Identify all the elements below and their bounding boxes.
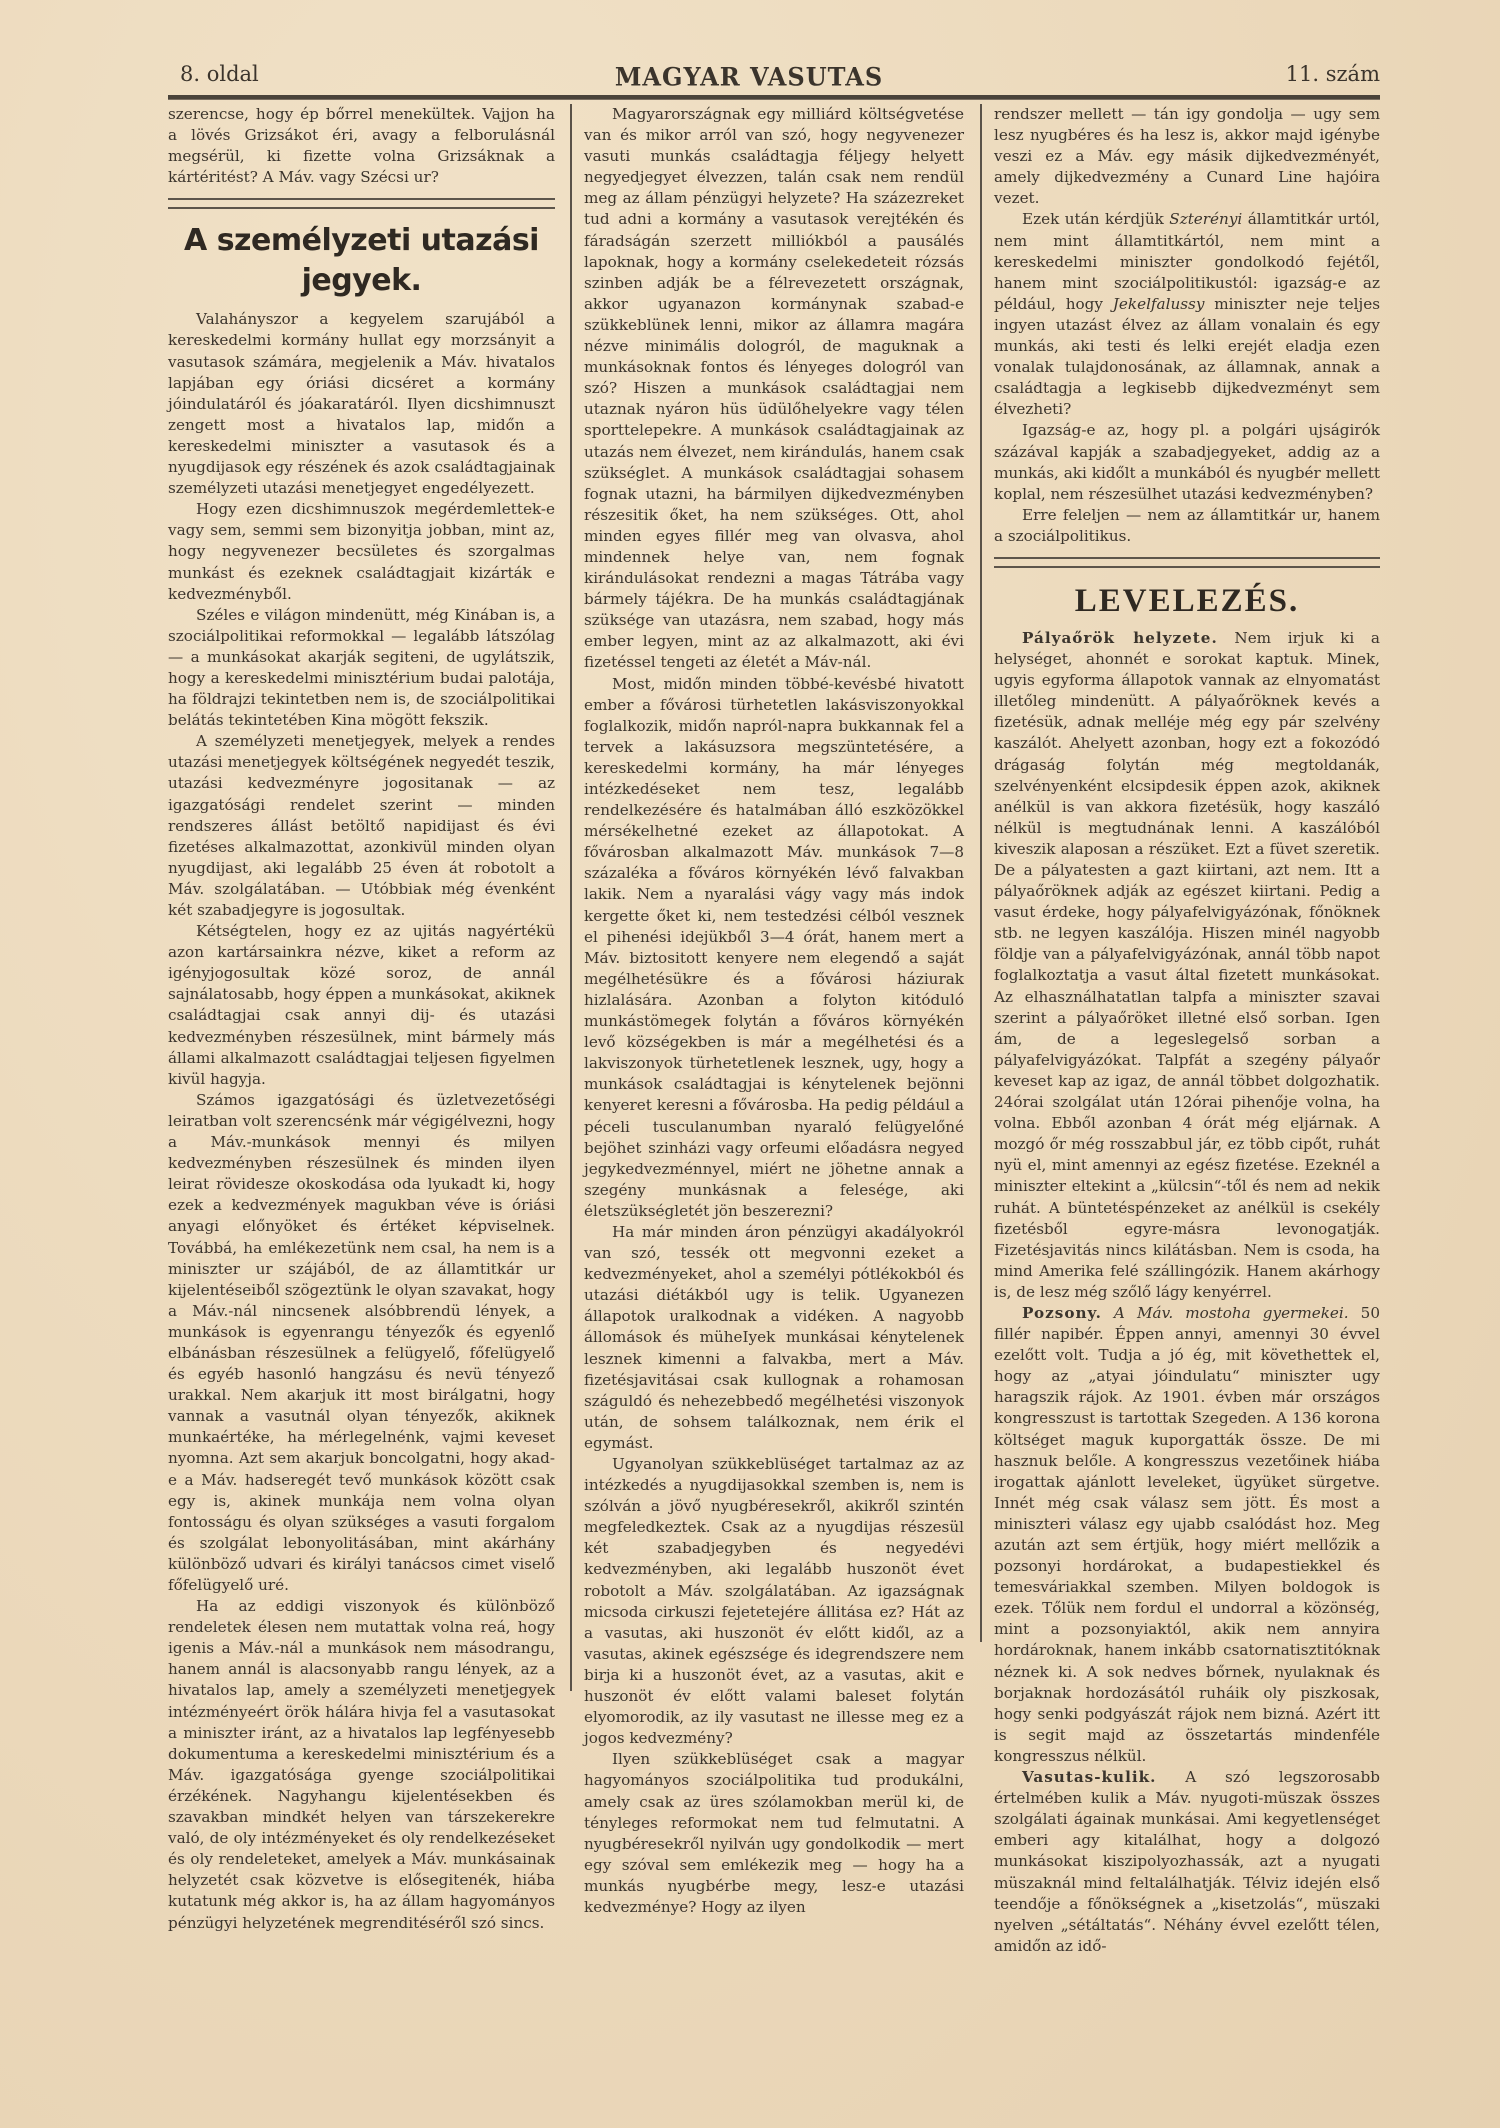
section-divider [168, 198, 555, 209]
paragraph: Erre feleljen — nem az államtitkár ur, h… [994, 505, 1380, 547]
newspaper-page: 8. oldal MAGYAR VASUTAS 11. szám szerenc… [118, 62, 1380, 92]
section-divider [994, 557, 1380, 568]
paragraph: Ezek után kérdjük Szterényi államtitkár … [994, 209, 1380, 420]
paragraph: Ilyen szükkeblüséget csak a magyar hagyo… [584, 1749, 964, 1918]
paragraph: Kétségtelen, hogy ez az ujitás nagyérték… [168, 921, 555, 1090]
person-name: Szterényi [1169, 210, 1242, 228]
article-headline: A személyzeti utazási jegyek. [168, 221, 555, 301]
paragraph: Most, midőn minden többé-kevésbé hivatot… [584, 674, 964, 1222]
issue-number: 11. szám [1286, 62, 1380, 86]
paragraph: Igazság-e az, hogy pl. a polgári ujságir… [994, 420, 1380, 504]
paragraph: Valahányszor a kegyelem szarujából a ker… [168, 309, 555, 499]
column-1: szerencse, hogy ép bőrrel menekültek. Va… [168, 104, 555, 1934]
paragraph: Ha az eddigi viszonyok és különböző rend… [168, 1596, 555, 1934]
paragraph: A személyzeti menetjegyek, melyek a rend… [168, 731, 555, 921]
lead-paragraph: rendszer mellett — tán igy gondolja — ug… [994, 104, 1380, 209]
column-divider [980, 104, 982, 1642]
person-name: Jekelfalussy [1113, 295, 1205, 313]
paragraph: Széles e világon mindenütt, még Kinában … [168, 605, 555, 732]
publication-title: MAGYAR VASUTAS [118, 61, 1380, 91]
paragraph: Ugyanolyan szükkeblüséget tartalmaz az a… [584, 1454, 964, 1749]
paragraph: Számos igazgatósági és üzletvezetőségi l… [168, 1090, 555, 1596]
column-3: rendszer mellett — tán igy gondolja — ug… [994, 104, 1380, 1957]
letter-title: Pályaőrök helyzete. [1022, 629, 1218, 647]
column-2: Magyarországnak egy milliárd költségveté… [584, 104, 964, 1918]
page-header: 8. oldal MAGYAR VASUTAS 11. szám [118, 62, 1380, 92]
letter-title: Pozsony. [1022, 1304, 1102, 1322]
paragraph: Magyarországnak egy milliárd költségveté… [584, 104, 964, 674]
paragraph: Hogy ezen dicshimnuszok megérdemlettek-e… [168, 499, 555, 604]
header-rule [168, 95, 1380, 100]
paragraph: Ha már minden áron pénzügyi akadályokról… [584, 1222, 964, 1454]
letter: Vasutas-kulik. A szó legszorosabb értelm… [994, 1767, 1380, 1957]
column-divider [570, 104, 572, 1691]
letter-subtitle: A Máv. mostoha gyermekei. [1102, 1304, 1349, 1322]
letter: Pályaőrök helyzete. Nem irjuk ki a helys… [994, 628, 1380, 1303]
letter: Pozsony. A Máv. mostoha gyermekei. 50 fi… [994, 1303, 1380, 1767]
columns: szerencse, hogy ép bőrrel menekültek. Va… [168, 104, 1380, 1744]
lead-paragraph: szerencse, hogy ép bőrrel menekültek. Va… [168, 104, 555, 188]
letter-title: Vasutas-kulik. [1022, 1768, 1156, 1786]
section-title: LEVELEZÉS. [994, 580, 1380, 622]
